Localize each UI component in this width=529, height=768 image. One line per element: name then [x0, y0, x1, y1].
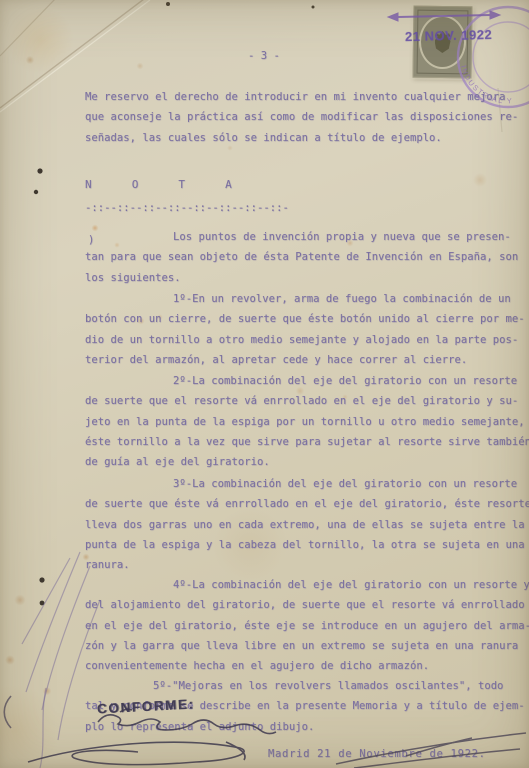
text-line: en el eje del giratorio, éste eje se int… [85, 616, 515, 636]
margin-paren-mark [4, 696, 11, 728]
nota-underline: -::--::--::--::--::--::--::--::- [85, 196, 289, 218]
text-line: de suerte que éste vá enrrollado en el e… [85, 494, 515, 514]
page-number-text: - 3 - [248, 50, 280, 62]
preamble-paragraph: Los puntos de invención propia y nueva q… [85, 227, 515, 288]
text-line: ranura. [85, 555, 515, 575]
text-line: terior del armazón, al apretar cede y ha… [85, 350, 515, 370]
date-line-text: Madrid 21 de Noviembre de 1922. [268, 748, 486, 760]
claim-point-2: 2º-La combinación del eje del giratorio … [85, 371, 515, 472]
text-line: punta de la espiga y la cabeza del torni… [85, 535, 515, 555]
claim-point-4: 4º-La combinación del eje del giratorio … [85, 575, 515, 676]
claim-point-1: 1º-En un revolver, arma de fuego la comb… [85, 289, 515, 370]
claim-point-3: 3º-La combinación del eje del giratorio … [85, 474, 515, 575]
text-line: de guía al eje del giratorio. [85, 452, 515, 472]
text-line: jeto en la punta de la espiga por un tor… [85, 412, 515, 432]
text-line: señadas, las cuales sólo se indican a tí… [85, 128, 515, 148]
intro-paragraph: Me reservo el derecho de introducir en m… [85, 87, 515, 148]
text-line: plo lo representa el adjunto dibujo. [85, 717, 515, 737]
text-line: zón y la garra que lleva libre en un ext… [85, 636, 515, 656]
nota-underline-text: -::--::--::--::--::--::--::--::- [85, 202, 289, 214]
text-line: tan para que sean objeto de ésta Patente… [85, 247, 515, 267]
text-line: botón con un cierre, de suerte que éste … [85, 309, 515, 329]
text-line: 5º-"Mejoras en los revolvers llamados os… [85, 676, 515, 696]
nota-heading-text: N O T A [85, 178, 232, 191]
text-line: los siguientes. [85, 268, 515, 288]
text-line: dio de un tornillo a otro medio semejant… [85, 330, 515, 350]
text-line: de suerte que el resorte vá enrrollado e… [85, 391, 515, 411]
text-line: del alojamiento del giratorio, de suerte… [85, 595, 515, 615]
text-line: 3º-La combinación del eje del giratorio … [85, 474, 515, 494]
date-line: Madrid 21 de Noviembre de 1922. [268, 742, 486, 764]
date-stamp: 21 NOV. 1922 [405, 27, 495, 44]
text-line: 2º-La combinación del eje del giratorio … [85, 371, 515, 391]
text-line: éste tornillo a la vez que sirve para su… [85, 432, 515, 452]
text-line: convenientemente hecha en el agujero de … [85, 656, 515, 676]
text-line: lleva dos garras uno en cada extremo, un… [85, 515, 515, 535]
text-line: Me reservo el derecho de introducir en m… [85, 87, 515, 107]
nota-heading: N O T A [85, 173, 232, 195]
text-line: Los puntos de invención propia y nueva q… [85, 227, 515, 247]
text-line: que aconseje la práctica así como de mod… [85, 107, 515, 127]
text-line: 4º-La combinación del eje del giratorio … [85, 575, 515, 595]
document-page: - 3 - INDUSTRIAL Y COMER 21 NOV. 1922 Me… [0, 0, 529, 768]
page-number: - 3 - [248, 44, 280, 66]
text-line: 1º-En un revolver, arma de fuego la comb… [85, 289, 515, 309]
